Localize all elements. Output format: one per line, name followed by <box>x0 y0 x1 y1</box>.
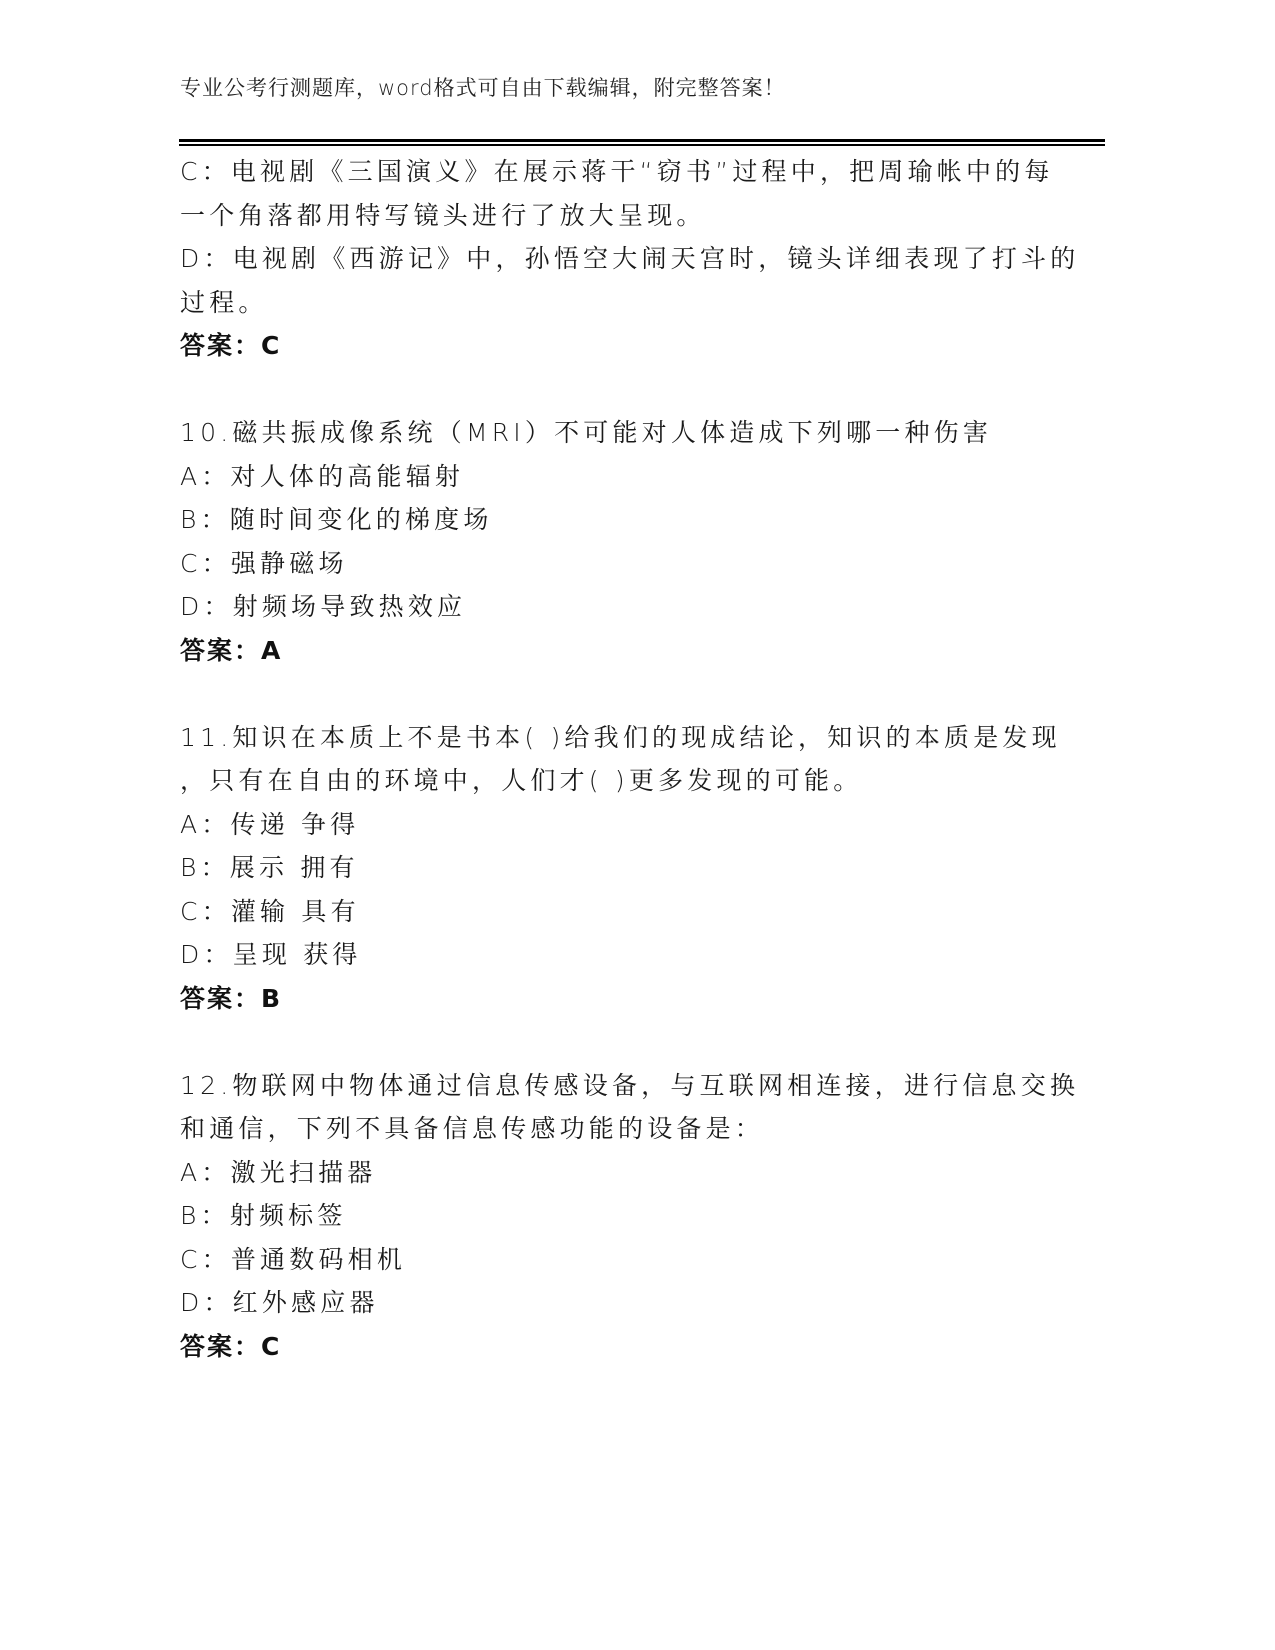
option-d-line-2: 过程。 <box>180 281 1040 325</box>
option-a: A：传递 争得 <box>180 803 1040 847</box>
option-a: A：激光扫描器 <box>180 1151 1040 1195</box>
option-a: A：对人体的高能辐射 <box>180 455 1040 499</box>
option-c: C：灌输 具有 <box>180 890 1040 934</box>
option-c: C：普通数码相机 <box>180 1238 1040 1282</box>
answer: 答案：C <box>180 324 1040 368</box>
option-d: D：呈现 获得 <box>180 933 1040 977</box>
question-10: 10.磁共振成像系统（MRI）不可能对人体造成下列哪一种伤害 A：对人体的高能辐… <box>180 411 1040 672</box>
question-stem-line-1: 12.物联网中物体通过信息传感设备，与互联网相连接，进行信息交换 <box>180 1064 1040 1108</box>
question-11: 11.知识在本质上不是书本( )给我们的现成结论，知识的本质是发现 ，只有在自由… <box>180 716 1040 1021</box>
document-body: C：电视剧《三国演义》在展示蒋干“窃书”过程中，把周瑜帐中的每 一个角落都用特写… <box>180 150 1040 1368</box>
rule-thin-line <box>179 144 1105 146</box>
option-c-line-2: 一个角落都用特写镜头进行了放大呈现。 <box>180 194 1040 238</box>
page-header: 专业公考行测题库，word格式可自由下载编辑，附完整答案！ <box>180 72 786 102</box>
question-stem-line-2: ，只有在自由的环境中，人们才( )更多发现的可能。 <box>180 759 1040 803</box>
option-d: D：红外感应器 <box>180 1281 1040 1325</box>
option-b: B：射频标签 <box>180 1194 1040 1238</box>
option-d-line-1: D：电视剧《西游记》中，孙悟空大闹天宫时，镜头详细表现了打斗的 <box>180 237 1040 281</box>
question-stem-line-1: 11.知识在本质上不是书本( )给我们的现成结论，知识的本质是发现 <box>180 716 1040 760</box>
option-c-line-1: C：电视剧《三国演义》在展示蒋干“窃书”过程中，把周瑜帐中的每 <box>180 150 1040 194</box>
header-double-rule <box>179 139 1105 146</box>
option-c: C：强静磁场 <box>180 542 1040 586</box>
option-b: B：展示 拥有 <box>180 846 1040 890</box>
question-stem-line-2: 和通信，下列不具备信息传感功能的设备是： <box>180 1107 1040 1151</box>
question-9-continued: C：电视剧《三国演义》在展示蒋干“窃书”过程中，把周瑜帐中的每 一个角落都用特写… <box>180 150 1040 368</box>
option-d: D：射频场导致热效应 <box>180 585 1040 629</box>
answer: 答案：C <box>180 1325 1040 1369</box>
question-12: 12.物联网中物体通过信息传感设备，与互联网相连接，进行信息交换 和通信，下列不… <box>180 1064 1040 1369</box>
option-b: B：随时间变化的梯度场 <box>180 498 1040 542</box>
question-stem: 10.磁共振成像系统（MRI）不可能对人体造成下列哪一种伤害 <box>180 411 1040 455</box>
answer: 答案：A <box>180 629 1040 673</box>
answer: 答案：B <box>180 977 1040 1021</box>
